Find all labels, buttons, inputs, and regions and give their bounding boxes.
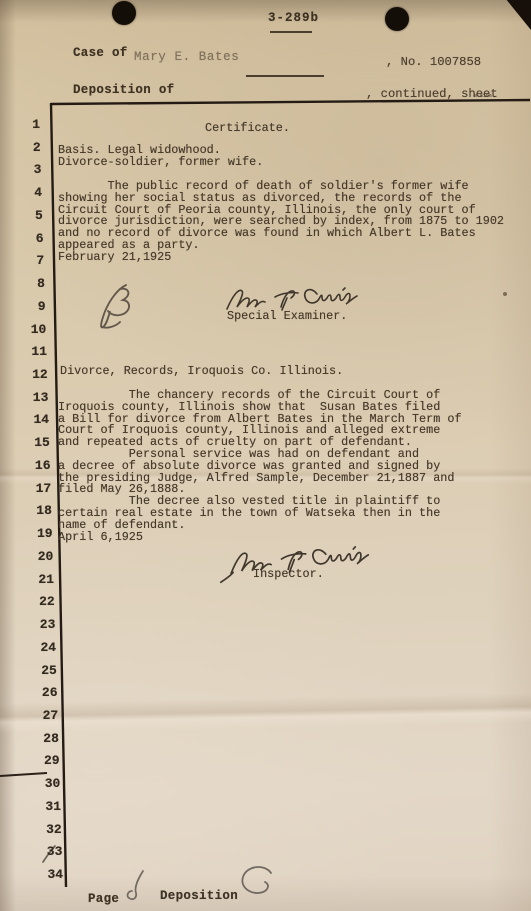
typewriter-line: April 6,1925: [58, 532, 462, 544]
margin-line-number: 27: [28, 709, 58, 722]
margin-line-number: 21: [24, 573, 54, 586]
typewriter-line: Divorce-soldier, former wife.: [58, 157, 263, 169]
margin-line-number: 3: [11, 163, 41, 176]
margin-line-number: 20: [23, 550, 53, 563]
margin-line-number: 10: [16, 323, 46, 336]
margin-line-number: 2: [11, 141, 41, 154]
margin-line-number: 1: [10, 118, 40, 131]
margin-line-number: 24: [26, 641, 56, 654]
margin-line-number: 14: [19, 413, 49, 426]
margin-line-number: 12: [18, 368, 48, 381]
margin-line-number: 5: [13, 209, 43, 222]
margin-line-number: 8: [15, 277, 45, 290]
margin-line-number: 13: [18, 391, 48, 404]
margin-line-number: 32: [32, 823, 62, 836]
scanned-deposition-page: 3-289b Case of Mary E. Bates , No. 10078…: [0, 0, 531, 911]
margin-line-number: 4: [12, 186, 42, 199]
margin-line-number: 16: [21, 459, 51, 472]
margin-line-number: 17: [21, 482, 51, 495]
margin-line-number: 33: [32, 845, 62, 858]
margin-line-number: 19: [23, 527, 53, 540]
basis-lines: Basis. Legal widowhood.Divorce-soldier, …: [58, 145, 263, 169]
margin-line-number: 6: [14, 232, 44, 245]
margin-line-number: 26: [28, 686, 58, 699]
margin-line-number: 7: [14, 254, 44, 267]
paragraph-iroquois-divorce: The chancery records of the Circuit Cour…: [58, 390, 462, 543]
margin-line-number: 22: [25, 595, 55, 608]
margin-line-number: 30: [30, 777, 60, 790]
margin-line-number: 9: [16, 300, 46, 313]
margin-line-number: 11: [17, 345, 47, 358]
margin-line-number: 29: [30, 754, 60, 767]
footer-deposition-label: Deposition: [160, 891, 238, 903]
margin-line-number: 23: [25, 618, 55, 631]
typewriter-line: February 21,1925: [58, 252, 504, 264]
margin-line-number: 28: [29, 732, 59, 745]
certificate-title: Certificate.: [205, 123, 290, 135]
section2-heading: Divorce, Records, Iroquois Co. Illinois.: [60, 366, 343, 378]
paragraph-peoria-search: The public record of death of soldier's …: [58, 181, 504, 264]
margin-line-number: 34: [33, 868, 63, 881]
margin-line-number: 18: [22, 504, 52, 517]
margin-line-number: 15: [20, 436, 50, 449]
footer-page-label: Page: [88, 894, 119, 906]
signature1-title: Special Examiner.: [227, 311, 347, 323]
margin-line-number: 31: [31, 800, 61, 813]
signature2-title: Inspector.: [253, 569, 324, 581]
margin-line-number: 25: [27, 664, 57, 677]
